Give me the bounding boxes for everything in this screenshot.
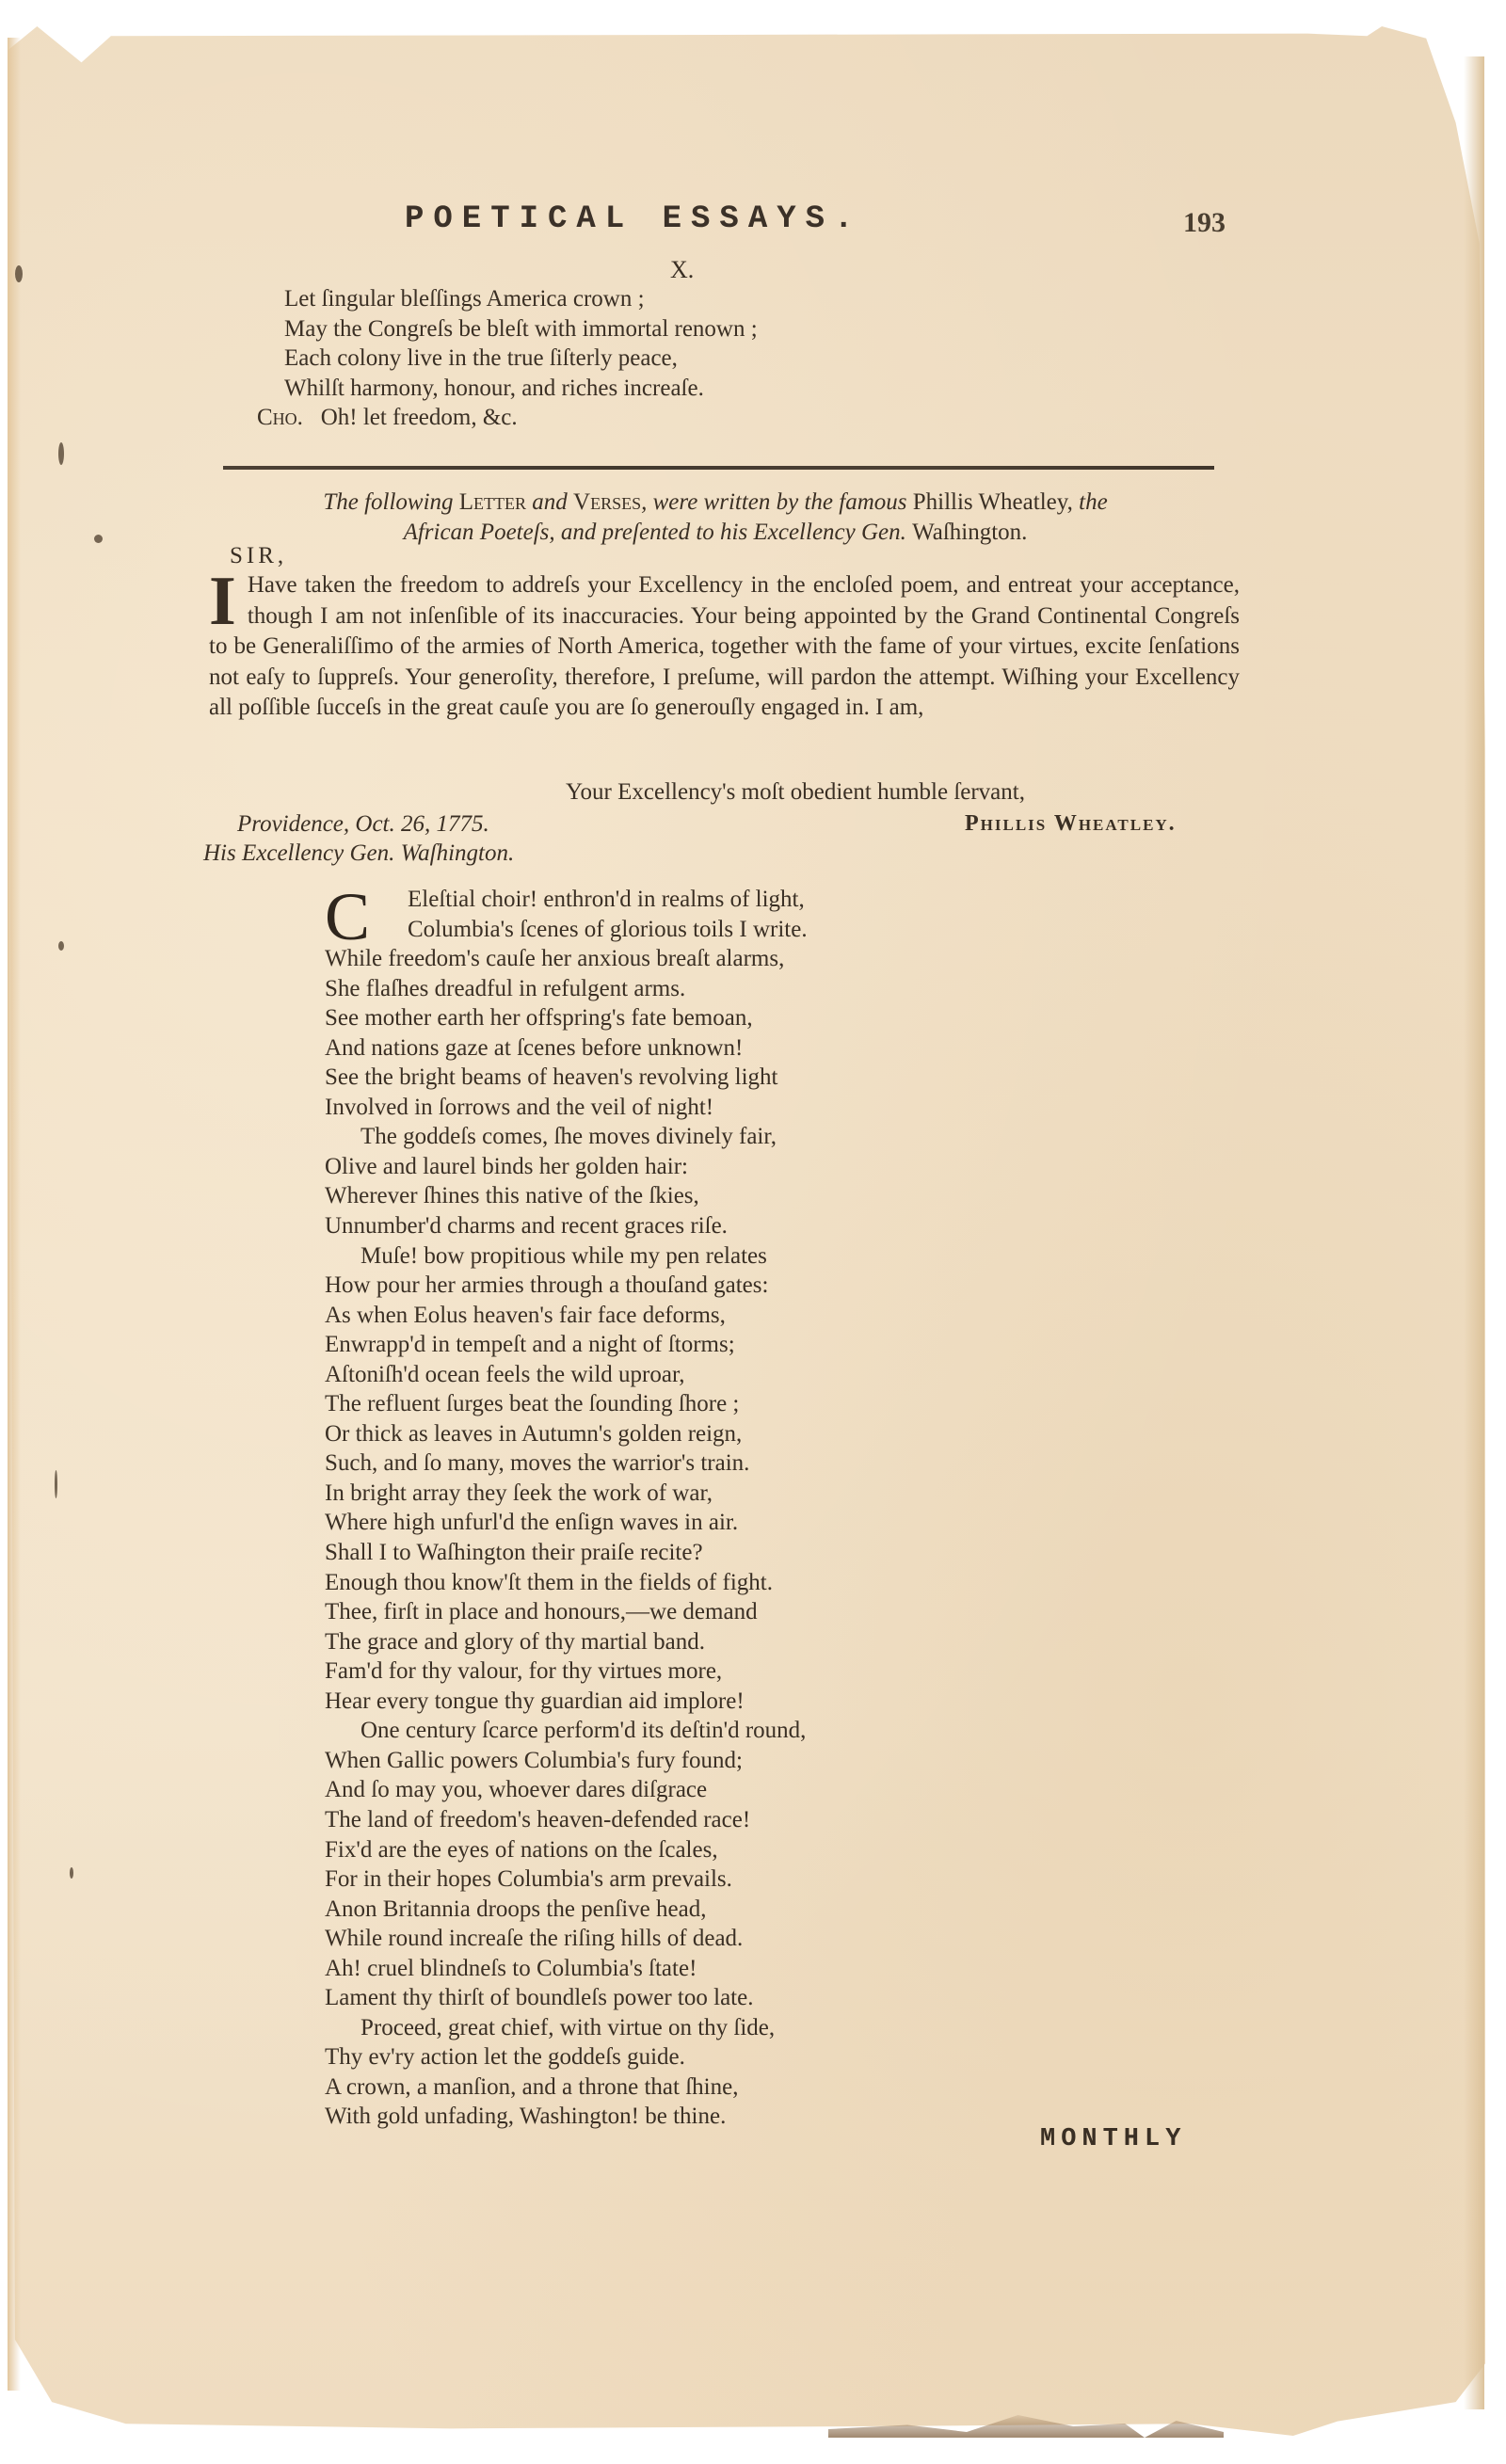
poem-line: Unnumber'd charms and recent graces riſe… bbox=[325, 1211, 808, 1241]
letter-body-text: Have taken the freedom to addreſs your E… bbox=[209, 572, 1240, 720]
intro-text: and bbox=[526, 489, 573, 515]
poem-line: One century ſcarce perform'd its deſtin'… bbox=[325, 1716, 808, 1746]
poem-line: While freedom's cauſe her anxious breaſt… bbox=[325, 944, 808, 974]
poem-line: Enwrapp'd in tempeſt and a night of ſtor… bbox=[325, 1330, 808, 1360]
poem-line: With gold unfading, Washington! be thine… bbox=[325, 2102, 808, 2132]
poem-line: Olive and laurel binds her golden hair: bbox=[325, 1152, 808, 1182]
poem-line: Involved in ſorrows and the veil of nigh… bbox=[325, 1093, 808, 1123]
foxing-spot bbox=[55, 1470, 57, 1498]
poem-line: In bright array they ſeek the work of wa… bbox=[325, 1479, 808, 1509]
poem-line: Wherever ſhines this native of the ſkies… bbox=[325, 1181, 808, 1211]
poem-line: She flaſhes dreadful in refulgent arms. bbox=[325, 974, 808, 1004]
poem-line: See the bright beams of heaven's revolvi… bbox=[325, 1063, 808, 1093]
poem-line: See mother earth her offspring's fate be… bbox=[325, 1003, 808, 1033]
poem-line: Hear every tongue thy guardian aid implo… bbox=[325, 1687, 808, 1717]
section-divider-rule bbox=[223, 466, 1214, 470]
foxing-spot bbox=[70, 1867, 73, 1879]
poem-line: Muſe! bow propitious while my pen relate… bbox=[325, 1241, 808, 1272]
poem-line: While round increaſe the riſing hills of… bbox=[325, 1924, 808, 1954]
poem-line: Enough thou know'ſt them in the fields o… bbox=[325, 1568, 808, 1598]
intro-text: the bbox=[1073, 489, 1108, 515]
poem-line: Shall I to Waſhington their praiſe recit… bbox=[325, 1538, 808, 1568]
stanza-number: X. bbox=[670, 256, 694, 284]
verse-line: May the Congreſs be bleſt with immortal … bbox=[284, 314, 758, 344]
foxing-spot bbox=[15, 265, 23, 282]
poem-line: The goddeſs comes, ſhe moves divinely fa… bbox=[325, 1122, 808, 1152]
poem-line: The grace and glory of thy martial band. bbox=[325, 1627, 808, 1657]
poem-line: The refluent ſurges beat the ſounding ſh… bbox=[325, 1389, 808, 1419]
letter-drop-cap: I bbox=[209, 572, 236, 631]
poem-line: Aſtoniſh'd ocean feels the wild uproar, bbox=[325, 1360, 808, 1390]
poem-line: For in their hopes Columbia's arm prevai… bbox=[325, 1864, 808, 1895]
poem-line: Or thick as leaves in Autumn's golden re… bbox=[325, 1419, 808, 1449]
poem-line: Eleſtial choir! enthron'd in realms of l… bbox=[325, 885, 808, 915]
recipient-name: Waſhington. bbox=[912, 520, 1027, 545]
poem-line: Ah! cruel blindneſs to Columbia's ſtate! bbox=[325, 1954, 808, 1984]
intro-verses-word: Verses bbox=[573, 489, 641, 515]
poem-line: And ſo may you, whoever dares diſgrace bbox=[325, 1775, 808, 1805]
poem-line: And nations gaze at ſcenes before unknow… bbox=[325, 1033, 808, 1064]
page-edge-left bbox=[8, 38, 21, 2391]
poem-line: Fam'd for thy valour, for thy virtues mo… bbox=[325, 1656, 808, 1687]
poem-line: A crown, a manſion, and a throne that ſh… bbox=[325, 2072, 808, 2103]
intro-line-2: African Poeteſs, and preſented to his Ex… bbox=[198, 518, 1233, 548]
letter-addressee: His Excellency Gen. Waſhington. bbox=[203, 840, 514, 867]
poem-line: Fix'd are the eyes of nations on the ſca… bbox=[325, 1835, 808, 1865]
verse-line: Let ſingular bleſſings America crown ; bbox=[284, 284, 758, 314]
poem-line: Anon Britannia droops the penſive head, bbox=[325, 1895, 808, 1925]
poem-line: Columbia's ſcenes of glorious toils I wr… bbox=[325, 915, 808, 945]
chorus-line: Cho. Oh! let freedom, &c. bbox=[257, 405, 518, 431]
letter-closing: Your Excellency's moſt obedient humble ſ… bbox=[566, 779, 1025, 806]
poem-line: The land of freedom's heaven-defended ra… bbox=[325, 1805, 808, 1835]
verse-line: Whilſt harmony, honour, and riches incre… bbox=[284, 374, 758, 404]
poem-line: Where high unfurl'd the enſign waves in … bbox=[325, 1508, 808, 1538]
catchword: MONTHLY bbox=[1040, 2125, 1186, 2153]
letter-signature: Phillis Wheatley. bbox=[965, 811, 1177, 837]
foxing-spot bbox=[58, 442, 64, 465]
chorus-text: Oh! let freedom, &c. bbox=[321, 405, 518, 430]
letter-place-date: Providence, Oct. 26, 1775. bbox=[237, 811, 489, 838]
page-edge-right bbox=[1464, 56, 1484, 2409]
poem-line: As when Eolus heaven's fair face deforms… bbox=[325, 1301, 808, 1331]
verse-line: Each colony live in the true ſiſterly pe… bbox=[284, 344, 758, 374]
poem-line: Thee, firſt in place and honours,—we dem… bbox=[325, 1597, 808, 1627]
letter-introduction: The following Letter and Verses, were wr… bbox=[198, 488, 1233, 548]
author-name: Phillis Wheatley, bbox=[913, 489, 1073, 515]
poem-body: Eleſtial choir! enthron'd in realms of l… bbox=[325, 885, 808, 2132]
foxing-spot bbox=[58, 941, 64, 951]
poem-line: Lament thy thirſt of boundleſs power too… bbox=[325, 1983, 808, 2013]
intro-text: The following bbox=[323, 489, 458, 515]
page-number: 193 bbox=[1183, 207, 1226, 239]
letter-salutation: SIR, bbox=[230, 543, 287, 569]
intro-letter-word: Letter bbox=[459, 489, 526, 515]
intro-text: African Poeteſs, and preſented to his Ex… bbox=[404, 520, 913, 545]
poem-line: When Gallic powers Columbia's fury found… bbox=[325, 1746, 808, 1776]
intro-line-1: The following Letter and Verses, were wr… bbox=[198, 488, 1233, 518]
foxing-spot bbox=[94, 535, 103, 543]
poem-line: Such, and ſo many, moves the warrior's t… bbox=[325, 1448, 808, 1479]
poem-line: How pour her armies through a thouſand g… bbox=[325, 1271, 808, 1301]
running-head-title: POETICAL ESSAYS. bbox=[405, 201, 862, 237]
intro-text: , were written by the famous bbox=[641, 489, 913, 515]
letter-body: I Have taken the freedom to addreſs your… bbox=[209, 570, 1240, 724]
chorus-label: Cho. bbox=[257, 405, 303, 430]
poem-line: Thy ev'ry action let the goddeſs guide. bbox=[325, 2042, 808, 2072]
song-stanza: Let ſingular bleſſings America crown ; M… bbox=[284, 284, 758, 403]
poem-line: Proceed, great chief, with virtue on thy… bbox=[325, 2013, 808, 2043]
